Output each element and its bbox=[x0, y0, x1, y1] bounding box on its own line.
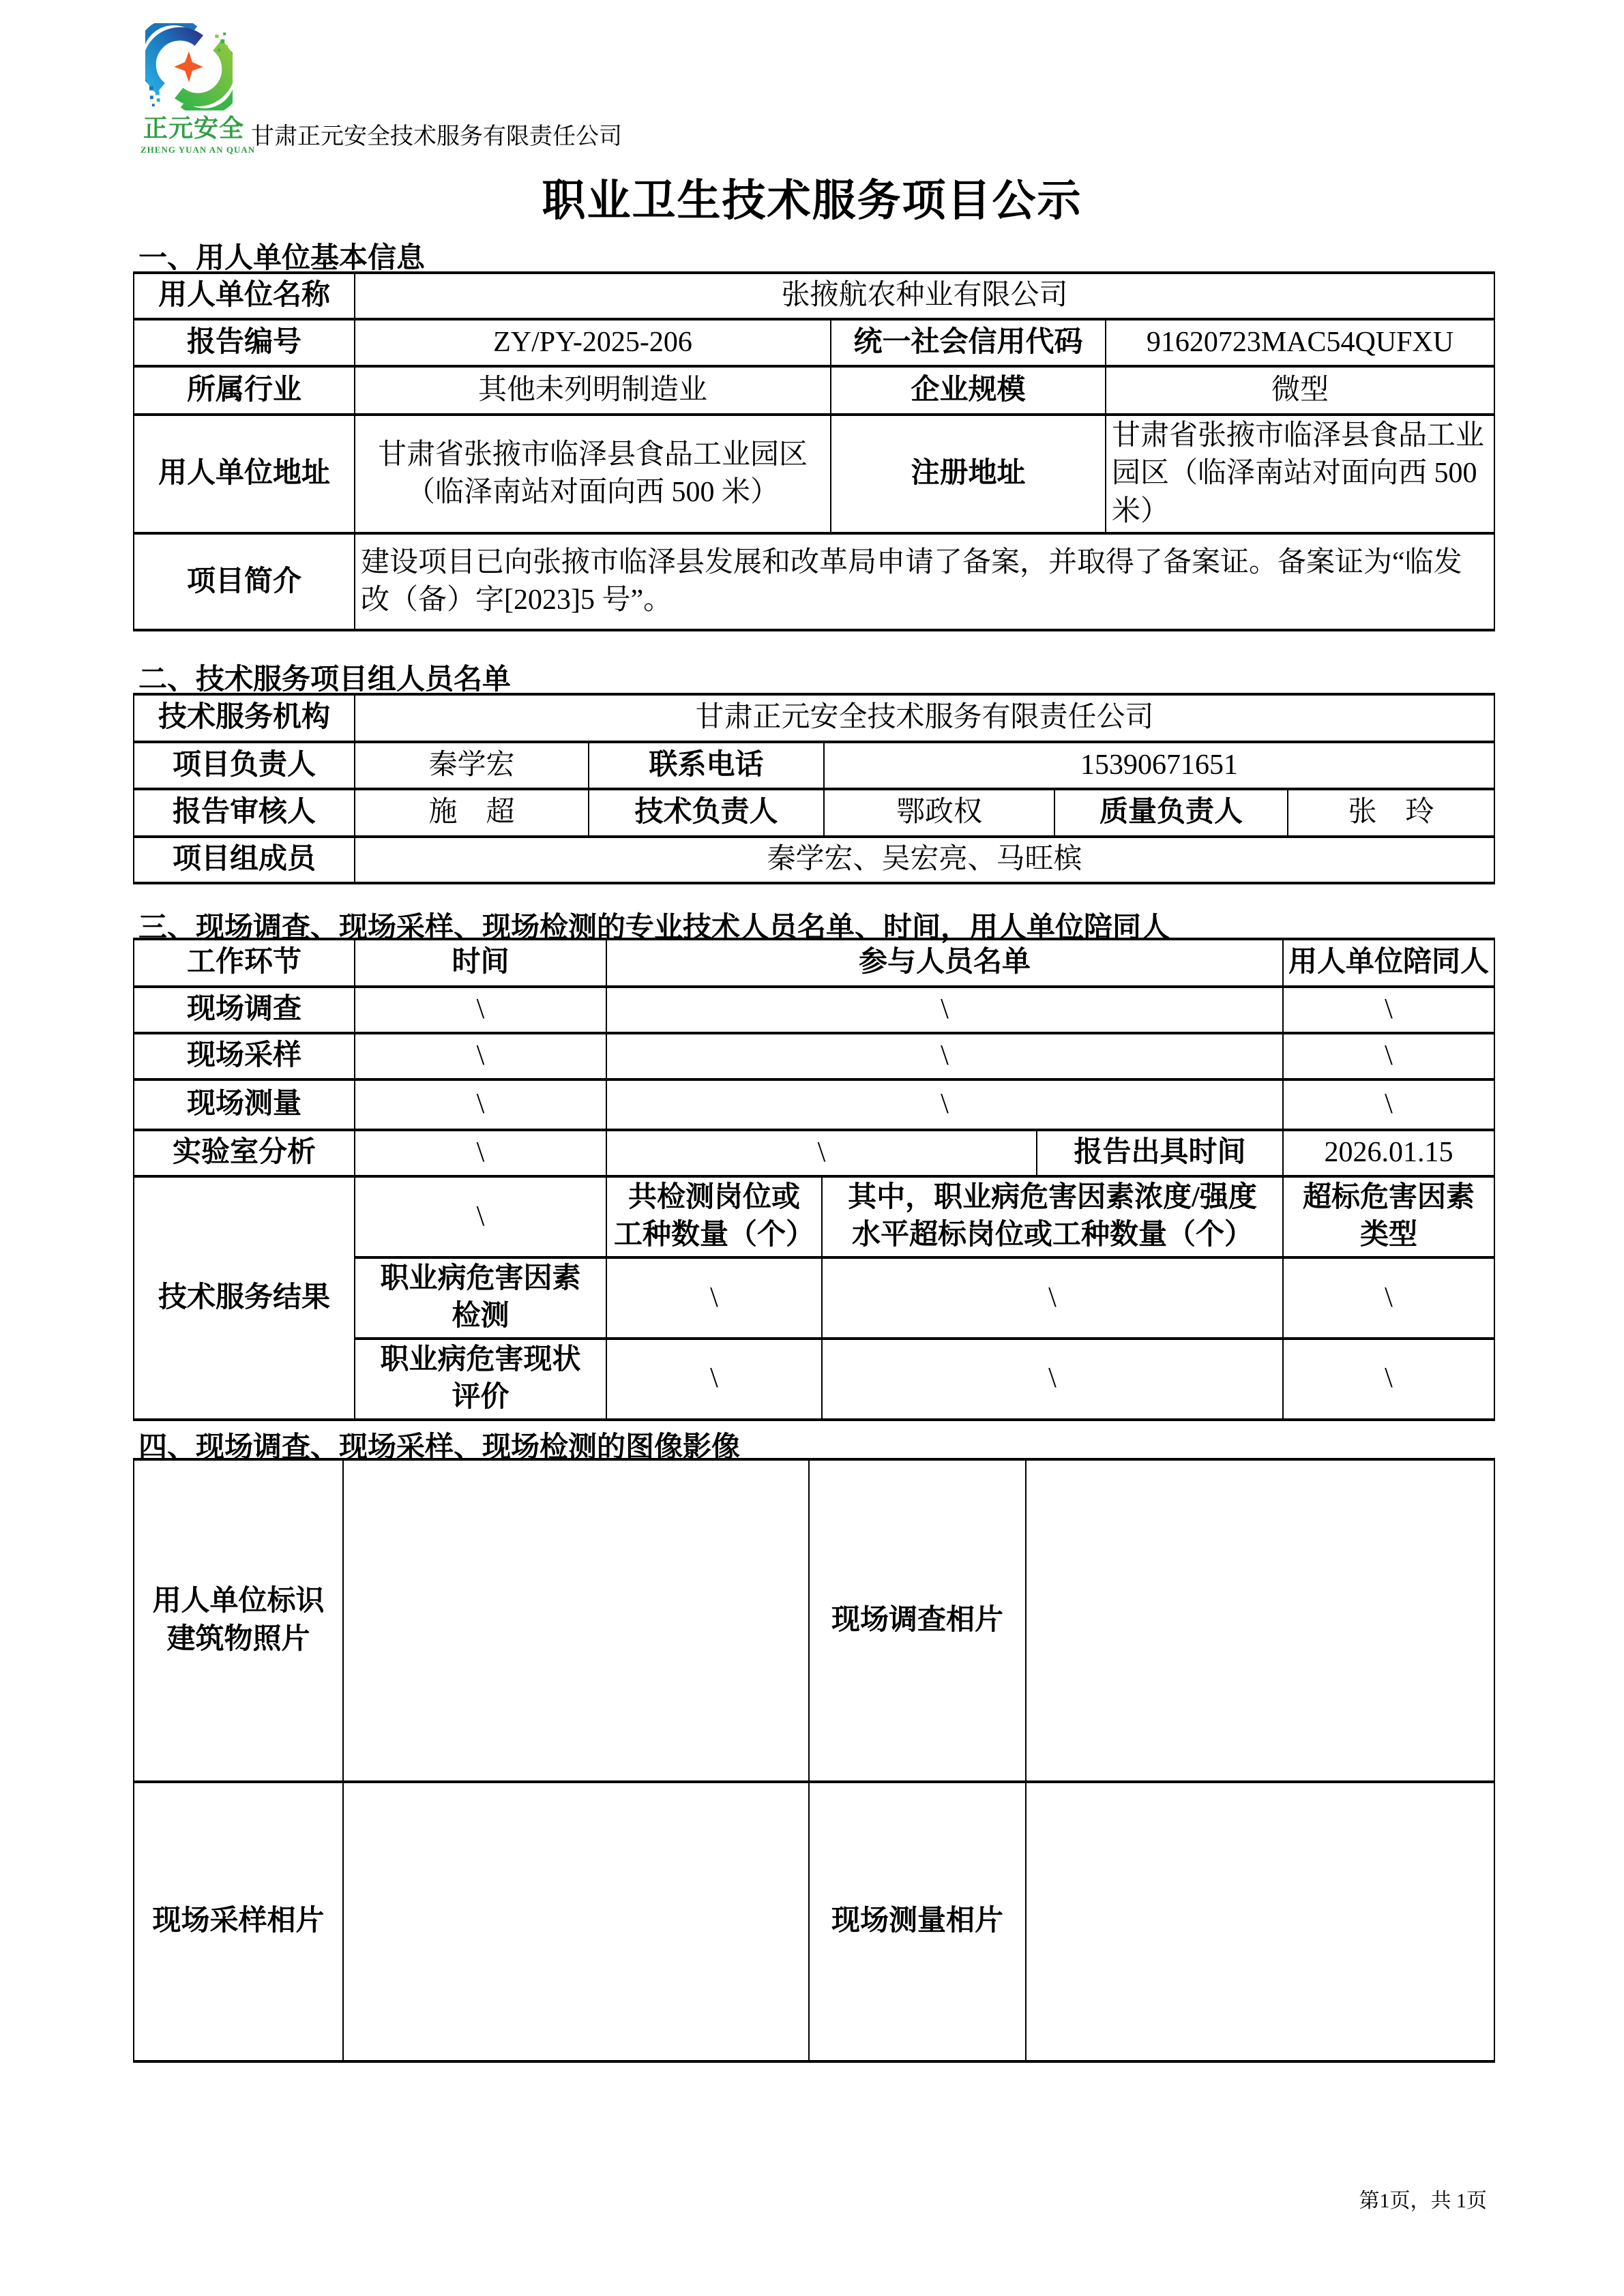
project-leader-value: 秦学宏 bbox=[355, 742, 589, 789]
row-survey-label: 现场调查 bbox=[134, 987, 355, 1033]
page-number: 第1页，共 1页 bbox=[133, 2183, 1487, 2213]
detect-type-value: \ bbox=[1283, 1257, 1494, 1339]
project-leader-label: 项目负责人 bbox=[134, 742, 355, 789]
table-row: 项目简介 建设项目已向张掖市临泽县发展和改革局申请了备案，并取得了备案证。备案证… bbox=[134, 533, 1494, 630]
sub-type-header: 超标危害因素 类型 bbox=[1283, 1176, 1494, 1257]
reviewer-label: 报告审核人 bbox=[134, 789, 355, 837]
employer-basic-info-table: 用人单位名称 张掖航农种业有限公司 报告编号 ZY/PY-2025-206 统一… bbox=[133, 271, 1495, 631]
document-page: 正元安全 ZHENG YUAN AN QUAN 甘肃正元安全技术服务有限责任公司… bbox=[0, 0, 1624, 2296]
section2-heading: 二、技术服务项目组人员名单 bbox=[138, 657, 511, 698]
section1-heading: 一、用人单位基本信息 bbox=[138, 235, 425, 276]
detect-total-value: \ bbox=[606, 1257, 822, 1339]
field-work-table: 工作环节 时间 参与人员名单 用人单位陪同人 现场调查 \ \ \ 现场采样 \… bbox=[133, 938, 1495, 1421]
table-row: 报告编号 ZY/PY-2025-206 统一社会信用代码 91620723MAC… bbox=[134, 319, 1494, 366]
industry-label: 所属行业 bbox=[134, 366, 355, 415]
result-slash-cell: \ bbox=[355, 1176, 606, 1257]
row-measure-label: 现场测量 bbox=[134, 1079, 355, 1130]
service-team-table: 技术服务机构 甘肃正元安全技术服务有限责任公司 项目负责人 秦学宏 联系电话 1… bbox=[133, 693, 1495, 884]
survey-photo-label: 现场调查相片 bbox=[809, 1459, 1026, 1782]
logo-english-text: ZHENG YUAN AN QUAN bbox=[141, 145, 247, 155]
reg-address-value: 甘肃省张掖市临泽县食品工业园区（临泽南站对面向西 500 米） bbox=[1106, 415, 1494, 533]
tech-lead-label: 技术负责人 bbox=[589, 789, 824, 837]
sub-total-header: 共检测岗位或 工种数量（个） bbox=[606, 1176, 822, 1257]
table-subheader-row: 技术服务结果 \ 共检测岗位或 工种数量（个） 其中，职业病危害因素浓度/强度 … bbox=[134, 1176, 1494, 1257]
survey-people-value: \ bbox=[606, 987, 1283, 1033]
eval-exceed-value: \ bbox=[822, 1339, 1283, 1420]
members-value: 秦学宏、吴宏亮、马旺槟 bbox=[355, 837, 1494, 883]
col-step-header: 工作环节 bbox=[134, 939, 355, 987]
sampling-time-value: \ bbox=[355, 1033, 606, 1079]
table-row: 实验室分析 \ \ 报告出具时间 2026.01.15 bbox=[134, 1130, 1494, 1176]
table-row: 项目组成员 秦学宏、吴宏亮、马旺槟 bbox=[134, 837, 1494, 883]
report-no-value: ZY/PY-2025-206 bbox=[355, 319, 831, 366]
industry-value: 其他未列明制造业 bbox=[355, 366, 831, 415]
measure-time-value: \ bbox=[355, 1079, 606, 1130]
table-row: 现场调查 \ \ \ bbox=[134, 987, 1494, 1033]
table-row: 所属行业 其他未列明制造业 企业规模 微型 bbox=[134, 366, 1494, 415]
intro-label: 项目简介 bbox=[134, 533, 355, 630]
table-row: 用人单位标识 建筑物照片 现场调查相片 bbox=[134, 1459, 1494, 1782]
report-no-label: 报告编号 bbox=[134, 319, 355, 366]
table-header-row: 工作环节 时间 参与人员名单 用人单位陪同人 bbox=[134, 939, 1494, 987]
table-row: 报告审核人 施 超 技术负责人 鄂政权 质量负责人 张 玲 bbox=[134, 789, 1494, 837]
sampling-photo-placeholder bbox=[343, 1782, 809, 2061]
survey-escort-value: \ bbox=[1283, 987, 1494, 1033]
row-lab-label: 实验室分析 bbox=[134, 1130, 355, 1176]
logo-chinese-text: 正元安全 bbox=[141, 109, 247, 144]
sampling-people-value: \ bbox=[606, 1033, 1283, 1079]
scale-label: 企业规模 bbox=[831, 366, 1106, 415]
table-row: 现场测量 \ \ \ bbox=[134, 1079, 1494, 1130]
service-result-label: 技术服务结果 bbox=[134, 1176, 355, 1420]
table-row: 用人单位地址 甘肃省张掖市临泽县食品工业园区（临泽南站对面向西 500 米） 注… bbox=[134, 415, 1494, 533]
col-time-header: 时间 bbox=[355, 939, 606, 987]
measure-escort-value: \ bbox=[1283, 1079, 1494, 1130]
quality-lead-label: 质量负责人 bbox=[1054, 789, 1288, 837]
intro-value: 建设项目已向张掖市临泽县发展和改革局申请了备案，并取得了备案证。备案证为“临发改… bbox=[355, 533, 1494, 630]
scale-value: 微型 bbox=[1106, 366, 1494, 415]
detect-exceed-value: \ bbox=[822, 1257, 1283, 1339]
measure-photo-placeholder bbox=[1026, 1782, 1494, 2061]
survey-time-value: \ bbox=[355, 987, 606, 1033]
sampling-photo-label: 现场采样相片 bbox=[134, 1782, 343, 2061]
reviewer-value: 施 超 bbox=[355, 789, 589, 837]
building-photo-label: 用人单位标识 建筑物照片 bbox=[134, 1459, 343, 1782]
sampling-escort-value: \ bbox=[1283, 1033, 1494, 1079]
credit-code-label: 统一社会信用代码 bbox=[831, 319, 1106, 366]
measure-photo-label: 现场测量相片 bbox=[809, 1782, 1026, 2061]
sub-exceed-header: 其中，职业病危害因素浓度/强度 水平超标岗位或工种数量（个） bbox=[822, 1176, 1283, 1257]
address-value: 甘肃省张掖市临泽县食品工业园区（临泽南站对面向西 500 米） bbox=[355, 415, 831, 533]
employer-name-value: 张掖航农种业有限公司 bbox=[355, 273, 1494, 319]
phone-label: 联系电话 bbox=[589, 742, 824, 789]
table-row: 用人单位名称 张掖航农种业有限公司 bbox=[134, 273, 1494, 319]
phone-value: 15390671651 bbox=[824, 742, 1494, 789]
table-row: 现场采样 \ \ \ bbox=[134, 1033, 1494, 1079]
letterhead-company-name: 甘肃正元安全技术服务有限责任公司 bbox=[251, 117, 622, 151]
eval-type-value: \ bbox=[1283, 1339, 1494, 1420]
report-date-value: 2026.01.15 bbox=[1283, 1130, 1494, 1176]
org-label: 技术服务机构 bbox=[134, 694, 355, 742]
survey-photo-placeholder bbox=[1026, 1459, 1494, 1782]
report-date-label: 报告出具时间 bbox=[1037, 1130, 1283, 1176]
row-detect-label: 职业病危害因素 检测 bbox=[355, 1257, 606, 1339]
reg-address-label: 注册地址 bbox=[831, 415, 1106, 533]
building-photo-placeholder bbox=[343, 1459, 809, 1782]
col-escort-header: 用人单位陪同人 bbox=[1283, 939, 1494, 987]
address-label: 用人单位地址 bbox=[134, 415, 355, 533]
col-people-header: 参与人员名单 bbox=[606, 939, 1283, 987]
org-value: 甘肃正元安全技术服务有限责任公司 bbox=[355, 694, 1494, 742]
lab-people-value: \ bbox=[606, 1130, 1037, 1176]
photo-table: 用人单位标识 建筑物照片 现场调查相片 现场采样相片 现场测量相片 bbox=[133, 1458, 1495, 2063]
table-row: 技术服务机构 甘肃正元安全技术服务有限责任公司 bbox=[134, 694, 1494, 742]
measure-people-value: \ bbox=[606, 1079, 1283, 1130]
eval-total-value: \ bbox=[606, 1339, 822, 1420]
row-sampling-label: 现场采样 bbox=[134, 1033, 355, 1079]
lab-time-value: \ bbox=[355, 1130, 606, 1176]
logo-star-icon bbox=[174, 51, 203, 82]
members-label: 项目组成员 bbox=[134, 837, 355, 883]
quality-lead-value: 张 玲 bbox=[1288, 789, 1494, 837]
row-eval-label: 职业病危害现状 评价 bbox=[355, 1339, 606, 1420]
employer-name-label: 用人单位名称 bbox=[134, 273, 355, 319]
company-logo-icon bbox=[145, 23, 233, 110]
table-row: 项目负责人 秦学宏 联系电话 15390671651 bbox=[134, 742, 1494, 789]
document-title: 职业卫生技术服务项目公示 bbox=[0, 166, 1624, 228]
credit-code-value: 91620723MAC54QUFXU bbox=[1106, 319, 1494, 366]
table-row: 现场采样相片 现场测量相片 bbox=[134, 1782, 1494, 2061]
tech-lead-value: 鄂政权 bbox=[824, 789, 1054, 837]
